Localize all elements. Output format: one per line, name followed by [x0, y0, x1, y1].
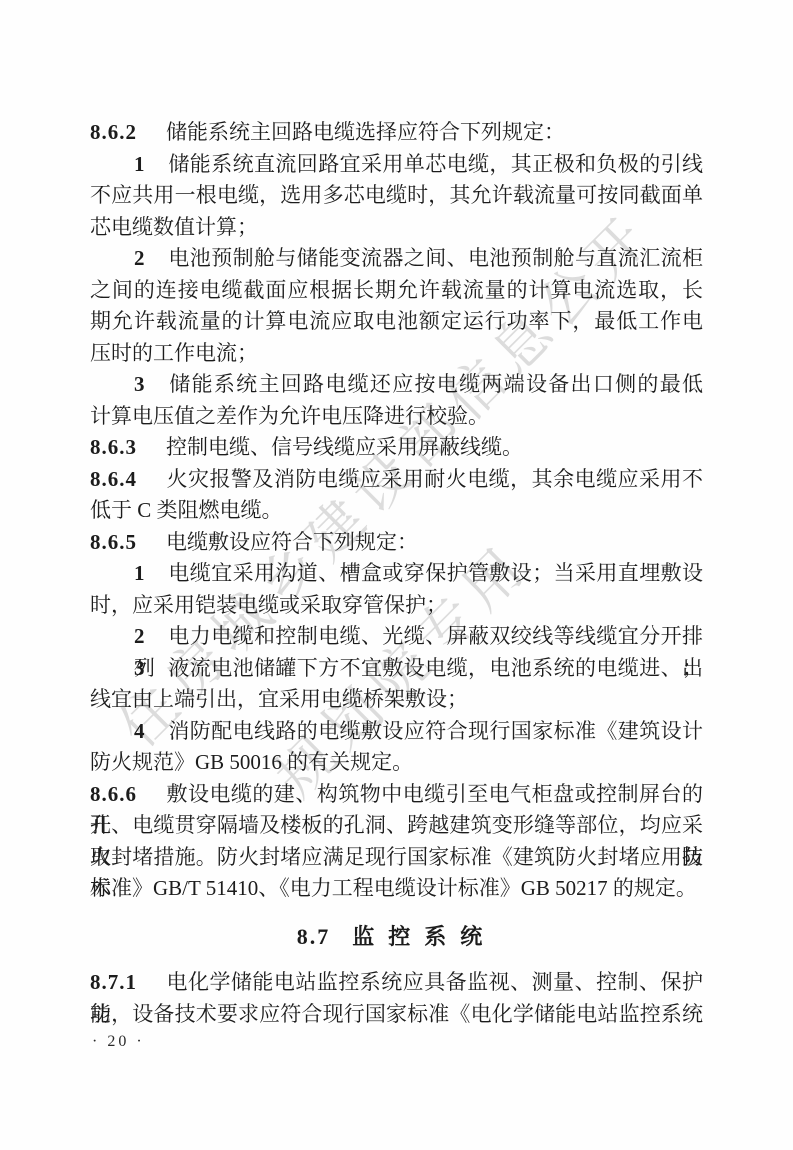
clause-text: 低于 C 类阻燃电缆。 — [90, 498, 283, 522]
clause-line: 低于 C 类阻燃电缆。 — [90, 495, 703, 527]
clause-text: 控制电缆、信号线缆应采用屏蔽线缆。 — [166, 435, 523, 459]
clause-list-after-heading: 8.7.1电化学储能电站监控系统应具备监视、测量、控制、保护功能，设备技术要求应… — [90, 967, 703, 1030]
clause-number: 2 — [134, 243, 168, 275]
clause-line: 不应共用一根电缆，选用多芯电缆时，其允许载流量可按同截面单 — [90, 180, 703, 212]
clause-text: 液流电池储罐下方不宜敷设电缆，电池系统的电缆进、出 — [168, 656, 703, 680]
clause-text: 储能系统直流回路宜采用单芯电缆，其正极和负极的引线 — [168, 152, 703, 176]
clause-line: 标准》GB/T 51410、《电力工程电缆设计标准》GB 50217 的规定。 — [90, 873, 703, 905]
clause-line: 压时的工作电流； — [90, 338, 703, 370]
clause-number: 8.6.2 — [90, 117, 166, 149]
clause-number: 1 — [134, 149, 168, 181]
clause-number: 2 — [134, 621, 168, 653]
clause-line: 之间的连接电缆截面应根据长期允许载流量的计算电流选取，长 — [90, 275, 703, 307]
section-heading: 8.7监控系统 — [90, 921, 703, 953]
clause-line: 计算电压值之差作为允许电压降进行校验。 — [90, 401, 703, 433]
clause-line: 8.6.5电缆敷设应符合下列规定： — [90, 527, 703, 559]
clause-number: 3 — [134, 653, 168, 685]
clause-number: 4 — [134, 716, 168, 748]
clause-text: 期允许载流量的计算电流应取电池额定运行功率下，最低工作电 — [90, 309, 703, 333]
clause-line: 能，设备技术要求应符合现行国家标准《电化学储能电站监控系统 — [90, 999, 703, 1031]
clause-number: 8.6.3 — [90, 432, 166, 464]
clause-number: 8.6.5 — [90, 527, 166, 559]
clause-number: 1 — [134, 558, 168, 590]
clause-line: 3液流电池储罐下方不宜敷设电缆，电池系统的电缆进、出 — [90, 653, 703, 685]
clause-text: 电缆宜采用沟道、槽盒或穿保护管敷设；当采用直埋敷设 — [168, 561, 703, 585]
clause-number: 3 — [134, 369, 168, 401]
clause-line: 8.7.1电化学储能电站监控系统应具备监视、测量、控制、保护功 — [90, 967, 703, 999]
clause-text: 能，设备技术要求应符合现行国家标准《电化学储能电站监控系统 — [90, 1002, 703, 1026]
section-heading-title: 监控系统 — [352, 924, 496, 949]
clause-line: 时，应采用铠装电缆或采取穿管保护； — [90, 590, 703, 622]
clause-text: 储能系统主回路电缆还应按电缆两端设备出口侧的最低 — [168, 372, 703, 396]
clause-line: 线宜由上端引出，宜采用电缆桥架敷设； — [90, 684, 703, 716]
clause-line: 8.6.4火灾报警及消防电缆应采用耐火电缆，其余电缆应采用不 — [90, 464, 703, 496]
clause-text: 防火规范》GB 50016 的有关规定。 — [90, 750, 413, 774]
clause-line: 1储能系统直流回路宜采用单芯电缆，其正极和负极的引线 — [90, 149, 703, 181]
clause-text: 火灾报警及消防电缆应采用耐火电缆，其余电缆应采用不 — [166, 467, 703, 491]
clause-text: 压时的工作电流； — [90, 341, 258, 365]
clause-list-before-heading: 8.6.2储能系统主回路电缆选择应符合下列规定：1储能系统直流回路宜采用单芯电缆… — [90, 117, 703, 905]
page-number: · 20 · — [92, 1032, 145, 1052]
clause-text: 时，应采用铠装电缆或采取穿管保护； — [90, 593, 447, 617]
clause-line: 1电缆宜采用沟道、槽盒或穿保护管敷设；当采用直埋敷设 — [90, 558, 703, 590]
clause-line: 2电池预制舱与储能变流器之间、电池预制舱与直流汇流柜 — [90, 243, 703, 275]
clause-text: 标准》GB/T 51410、《电力工程电缆设计标准》GB 50217 的规定。 — [90, 876, 697, 900]
clause-line: 3储能系统主回路电缆还应按电缆两端设备出口侧的最低 — [90, 369, 703, 401]
clause-text: 电池预制舱与储能变流器之间、电池预制舱与直流汇流柜 — [168, 246, 703, 270]
clause-text: 电缆敷设应符合下列规定： — [166, 530, 418, 554]
clause-number: 8.6.4 — [90, 464, 166, 496]
clause-line: 8.6.3控制电缆、信号线缆应采用屏蔽线缆。 — [90, 432, 703, 464]
clause-line: 8.6.6敷设电缆的建、构筑物中电缆引至电气柜盘或控制屏台的开 — [90, 779, 703, 811]
clause-line: 8.6.2储能系统主回路电缆选择应符合下列规定： — [90, 117, 703, 149]
clause-number: 8.7.1 — [90, 967, 166, 999]
clause-text: 不应共用一根电缆，选用多芯电缆时，其允许载流量可按同截面单 — [90, 183, 703, 207]
clause-line: 2电力电缆和控制电缆、光缆、屏蔽双绞线等线缆宜分开排列； — [90, 621, 703, 653]
clause-line: 防火规范》GB 50016 的有关规定。 — [90, 747, 703, 779]
clause-line: 孔、电缆贯穿隔墙及楼板的孔洞、跨越建筑变形缝等部位，均应采取防 — [90, 810, 703, 842]
clause-text: 消防配电线路的电缆敷设应符合现行国家标准《建筑设计 — [168, 719, 703, 743]
clause-text: 储能系统主回路电缆选择应符合下列规定： — [166, 120, 565, 144]
clause-number: 8.6.6 — [90, 779, 166, 811]
document-page: 住房城乡建设部信息公开 规划院专用 8.6.2储能系统主回路电缆选择应符合下列规… — [0, 0, 793, 1150]
clause-line: 火封堵措施。防火封堵应满足现行国家标准《建筑防火封堵应用技术 — [90, 842, 703, 874]
clause-text: 计算电压值之差作为允许电压降进行校验。 — [90, 404, 489, 428]
clause-line: 期允许载流量的计算电流应取电池额定运行功率下，最低工作电 — [90, 306, 703, 338]
clause-text: 线宜由上端引出，宜采用电缆桥架敷设； — [90, 687, 468, 711]
clause-text: 之间的连接电缆截面应根据长期允许载流量的计算电流选取，长 — [90, 278, 703, 302]
page-content: 8.6.2储能系统主回路电缆选择应符合下列规定：1储能系统直流回路宜采用单芯电缆… — [90, 117, 703, 1030]
clause-line: 芯电缆数值计算； — [90, 212, 703, 244]
clause-text: 芯电缆数值计算； — [90, 215, 258, 239]
section-heading-number: 8.7 — [297, 924, 331, 949]
clause-line: 4消防配电线路的电缆敷设应符合现行国家标准《建筑设计 — [90, 716, 703, 748]
